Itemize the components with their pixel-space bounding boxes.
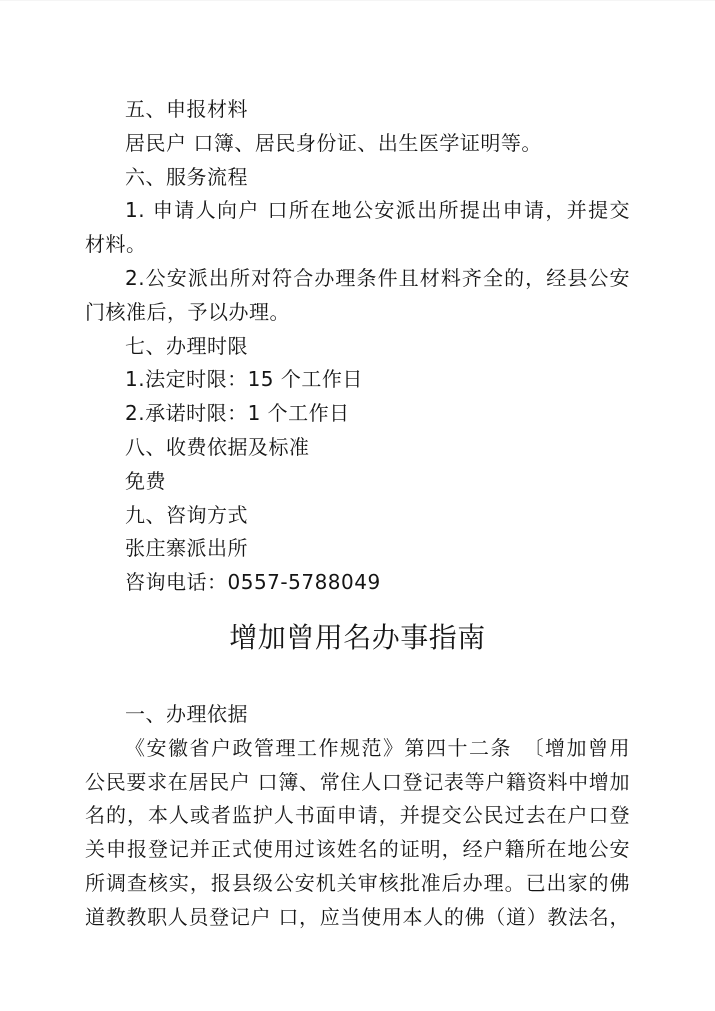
- body-text-line: 六、服务流程: [85, 161, 630, 195]
- body-text-line: 1.法定时限：15 个工作日: [85, 363, 630, 397]
- body-text-line: 所调查核实，报县级公安机关审核批准后办理。已出家的佛教徒、: [85, 867, 630, 901]
- body-text-line: 名的，本人或者监护人书面申请，并提交公民过去在户口登记机: [85, 799, 630, 833]
- body-text-line: 1. 申请人向户 口所在地公安派出所提出申请，并提交相关的: [85, 194, 630, 228]
- body-text-line: 咨询电话：0557-5788049: [85, 566, 630, 600]
- body-text-line: 五、申报材料: [85, 93, 630, 127]
- body-text-line: 2.公安派出所对符合办理条件且材料齐全的，经县公安局部: [85, 262, 630, 296]
- body-text-line: 一、办理依据: [85, 698, 630, 732]
- body-text-line: 张庄寨派出所: [85, 532, 630, 566]
- body-text-line: 公民要求在居民户 口簿、常住人口登记表等户籍资料中增加曾用: [85, 766, 630, 800]
- body-text-line: 2.承诺时限：1 个工作日: [85, 397, 630, 431]
- section-previous-guide-tail: 五、申报材料居民户 口簿、居民身份证、出生医学证明等。六、服务流程1. 申请人向…: [85, 93, 630, 600]
- document-title: 增加曾用名办事指南: [85, 615, 630, 661]
- body-text-line: 七、办理时限: [85, 330, 630, 364]
- body-text-line: 九、咨询方式: [85, 499, 630, 533]
- body-text-line: 材料。: [85, 228, 630, 262]
- body-text-line: 道教教职人员登记户 口，应当使用本人的佛（道）教法名，并在: [85, 901, 630, 935]
- document-page: 五、申报材料居民户 口簿、居民身份证、出生医学证明等。六、服务流程1. 申请人向…: [0, 0, 715, 1011]
- body-text-line: 关申报登记并正式使用过该姓名的证明，经户籍所在地公安派出: [85, 833, 630, 867]
- body-text-line: 门核准后，予以办理。: [85, 296, 630, 330]
- body-text-line: 居民户 口簿、居民身份证、出生医学证明等。: [85, 127, 630, 161]
- body-text-line: 《安徽省户政管理工作规范》第四十二条 〔增加曾用名〕: [85, 732, 630, 766]
- body-text-line: 八、收费依据及标准: [85, 431, 630, 465]
- section-guide-basis: 一、办理依据《安徽省户政管理工作规范》第四十二条 〔增加曾用名〕公民要求在居民户…: [85, 698, 630, 935]
- body-text-line: 免费: [85, 465, 630, 499]
- document-content: 五、申报材料居民户 口簿、居民身份证、出生医学证明等。六、服务流程1. 申请人向…: [0, 1, 715, 935]
